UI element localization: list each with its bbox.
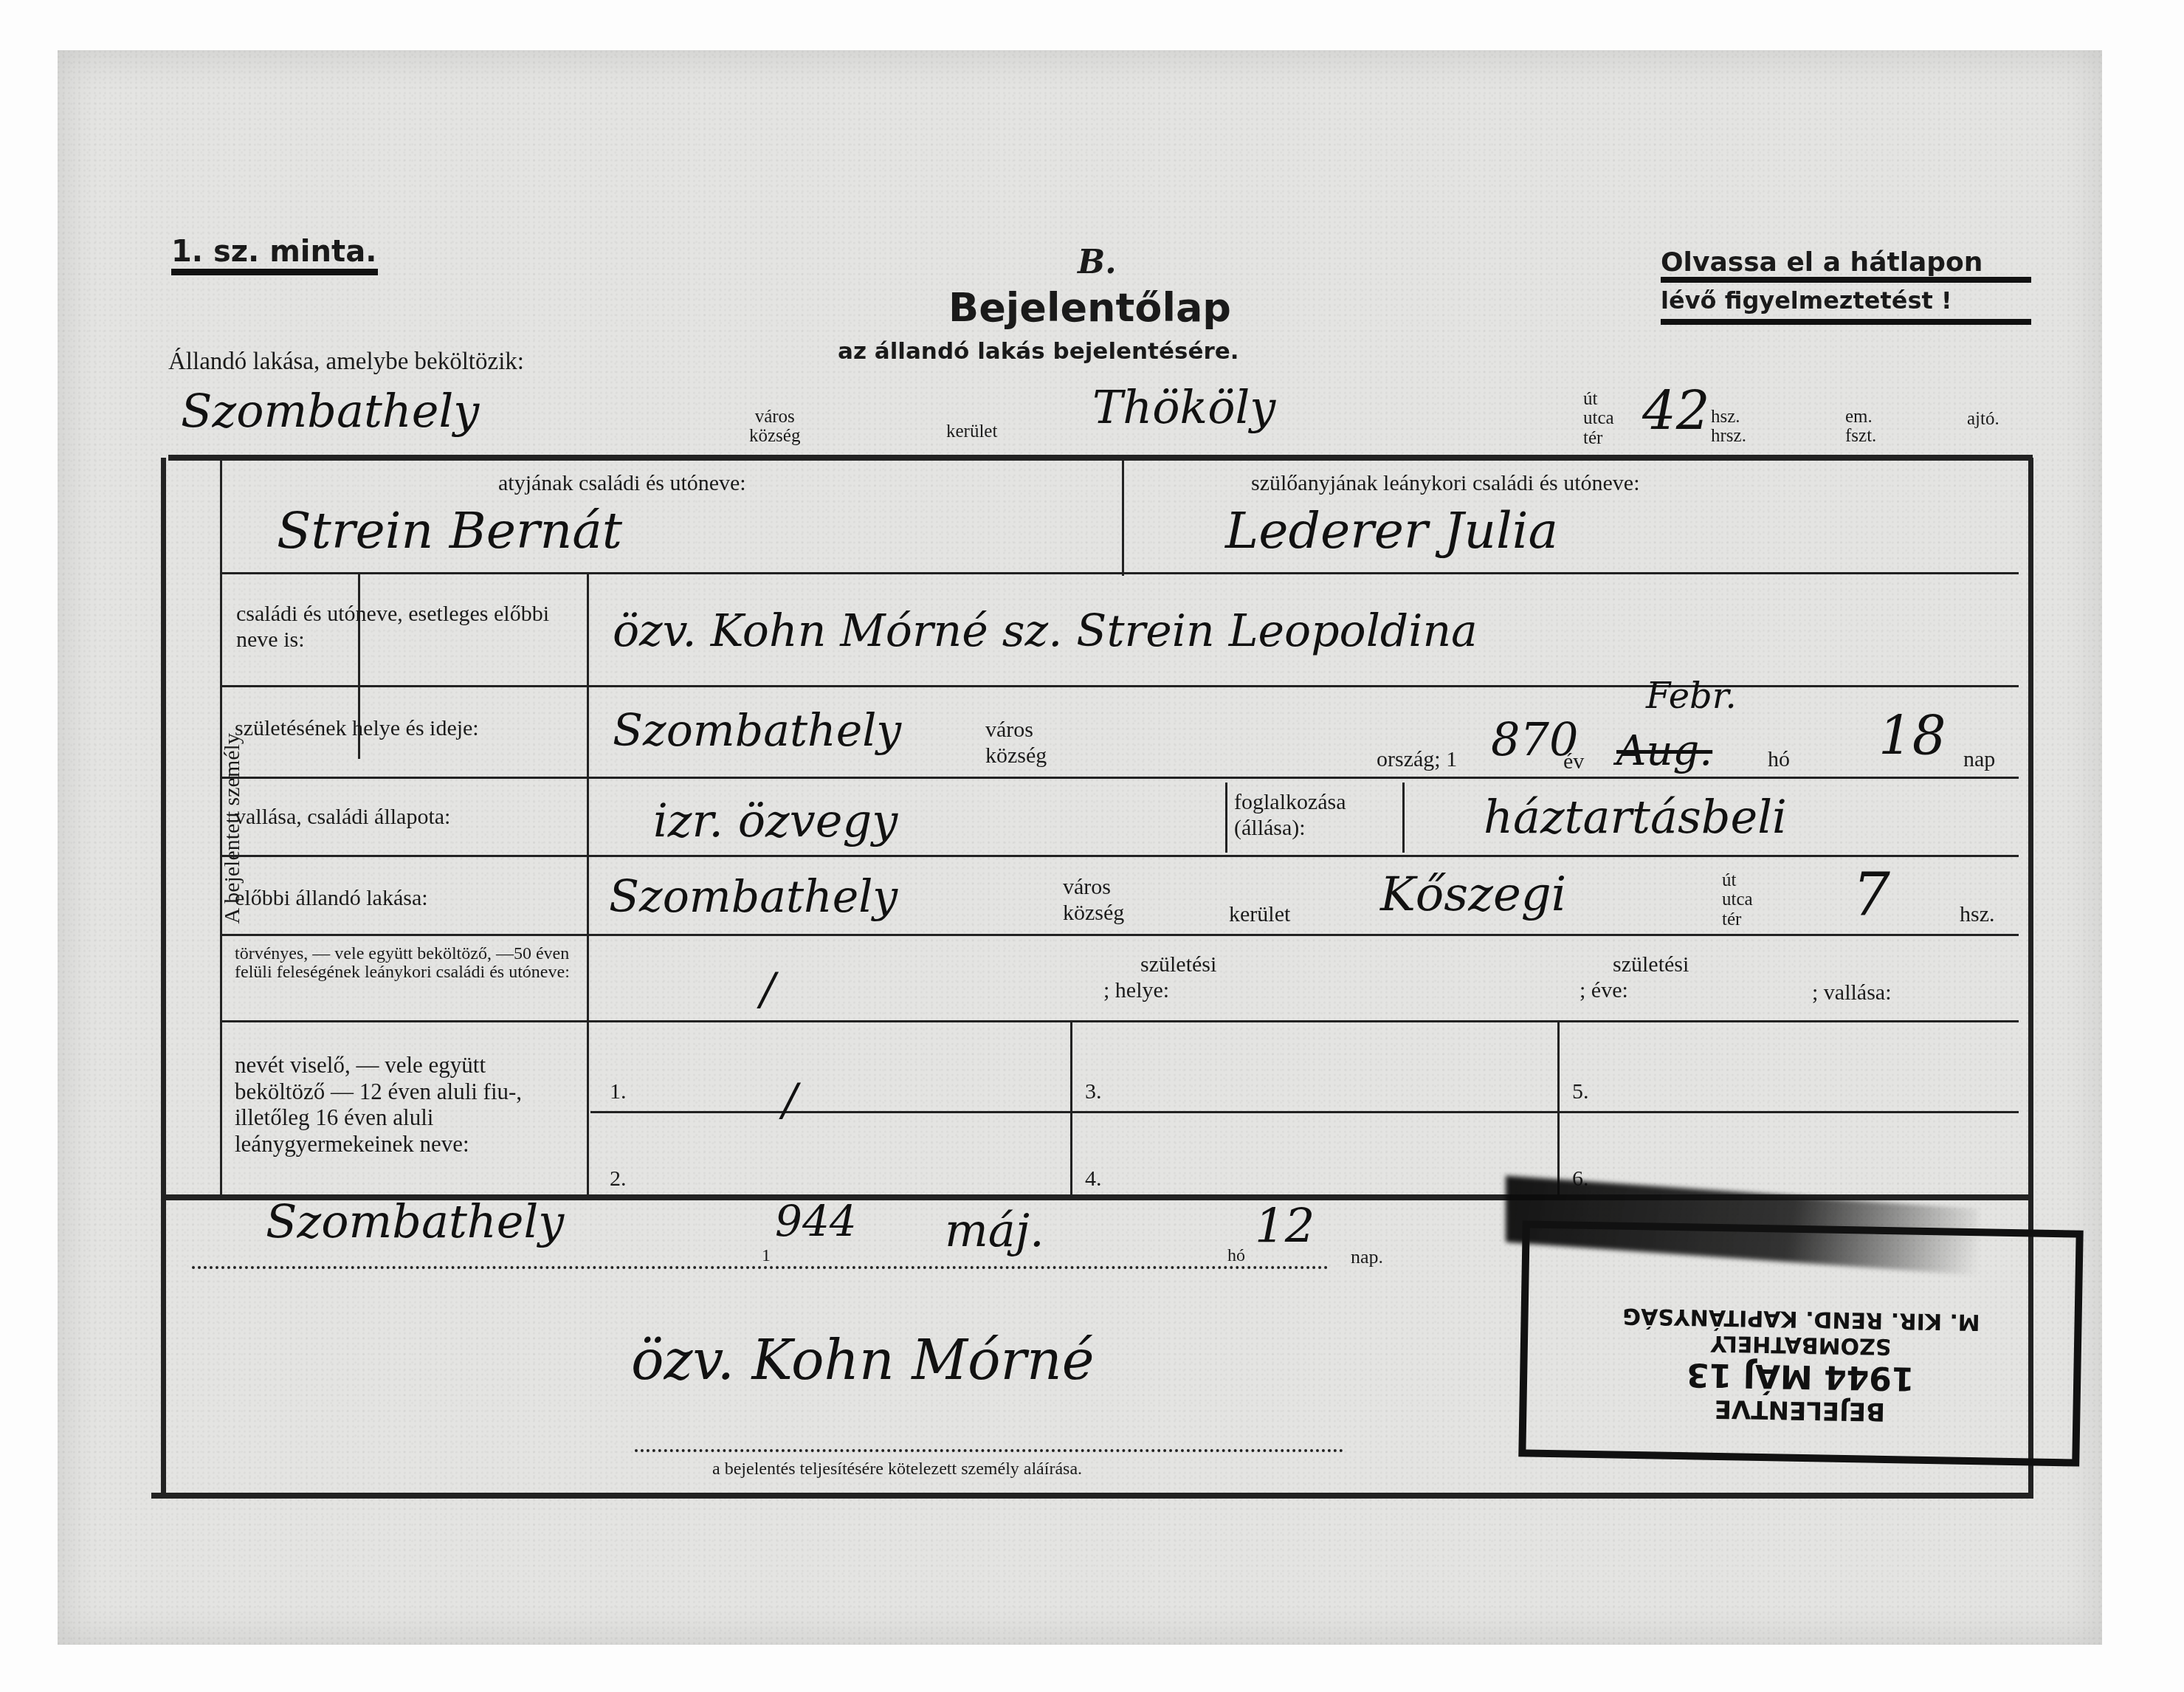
- children-label: nevét viselő, — vele együtt beköltöző — …: [235, 1052, 582, 1158]
- label-kozseg: község: [1063, 901, 1124, 926]
- row-rule-1: [221, 572, 2019, 574]
- address-street-value: Thököly: [1092, 380, 1275, 434]
- police-stamp: BEJELENTVE 1944 MÁJ 13 SZOMBATHELY M. KI…: [1518, 1220, 2083, 1466]
- label-utca: utca: [1583, 409, 1614, 428]
- row-rule-4: [221, 855, 2019, 857]
- previous-address-street-label: út utca tér: [1722, 871, 1753, 929]
- mother-label: szülőanyjának leánykori családi és utóne…: [1251, 471, 1639, 497]
- birth-month-struck: Aug.: [1616, 727, 1712, 775]
- footer-place-value: Szombathely: [266, 1194, 564, 1248]
- address-city-label: város község: [749, 407, 800, 447]
- notice-rule-2: [1661, 319, 2031, 325]
- spouse-birthyear-label: születési ; éve:: [1580, 952, 1689, 1003]
- child-slot-4: 4.: [1085, 1166, 1102, 1192]
- occupation-value: háztartásbeli: [1484, 790, 1787, 844]
- spouse-value: /: [760, 963, 775, 1015]
- previous-address-label: előbbi állandó lakása:: [235, 886, 428, 912]
- label-helye: ; helye:: [1103, 978, 1216, 1004]
- address-door-label: ajtó.: [1967, 410, 1999, 429]
- occupation-rule-right: [1402, 783, 1405, 853]
- label-szuletesi: születési: [1103, 952, 1216, 978]
- page-title: Bejelentőlap: [948, 284, 1231, 331]
- row-rule-3: [221, 777, 2019, 779]
- label-kozseg: község: [749, 427, 800, 446]
- label-fszt: fszt.: [1845, 427, 1876, 446]
- children-col-rule-1: [1070, 1022, 1072, 1196]
- signature-dotted-line: [635, 1449, 1343, 1452]
- label-vallasa: vallása:: [1824, 980, 1892, 1005]
- child-slot-2: 2.: [610, 1166, 627, 1192]
- label-ut: út: [1583, 390, 1614, 409]
- frame-left-rule: [161, 458, 166, 1499]
- religion-label: vallása, családi állapota:: [235, 805, 450, 830]
- row-rule-2: [221, 685, 2019, 687]
- footer-date-dotted-line: [192, 1266, 1329, 1269]
- label-kozseg: község: [985, 743, 1047, 769]
- name-value: özv. Kohn Mórné sz. Strein Leopoldina: [613, 605, 1478, 657]
- label-eve: ; éve:: [1580, 978, 1689, 1004]
- label-hrsz: hrsz.: [1711, 427, 1746, 446]
- previous-address-house-label: hsz.: [1960, 902, 1995, 928]
- notice-rule-1: [1661, 277, 2031, 283]
- birth-month-value: Febr.: [1646, 675, 1737, 717]
- label-helye-text: helye:: [1115, 978, 1169, 1003]
- birth-country-label: ország; 1: [1377, 747, 1457, 773]
- children-value: /: [782, 1074, 797, 1126]
- occupation-rule-left: [1225, 783, 1227, 853]
- label-hsz: hsz.: [1711, 407, 1746, 427]
- birth-month-label: hó: [1768, 747, 1790, 773]
- birth-place-value: Szombathely: [613, 705, 901, 757]
- religion-value: izr. özvegy: [653, 794, 898, 847]
- form-number-underline: [171, 269, 378, 275]
- name-label: családi és utóneve, esetleges előbbi nev…: [236, 602, 554, 653]
- father-value: Strein Bernát: [277, 502, 622, 560]
- birth-place-label: város község: [985, 718, 1047, 768]
- child-slot-1: 1.: [610, 1079, 627, 1105]
- label-ter: tér: [1583, 429, 1614, 448]
- footer-month-value: máj.: [945, 1203, 1044, 1257]
- previous-address-house-number: 7: [1853, 860, 1890, 929]
- page-subtitle: az állandó lakás bejelentésére.: [838, 338, 1239, 365]
- signature-label: a bejelentés teljesítésére kötelezett sz…: [712, 1460, 1082, 1479]
- spouse-birthplace-label: születési ; helye:: [1103, 952, 1216, 1003]
- frame-top-rule: [168, 455, 2033, 461]
- address-label: Állandó lakása, amelybe beköltözik:: [168, 348, 524, 376]
- label-em: em.: [1845, 407, 1876, 427]
- row-rule-6: [221, 1020, 2019, 1022]
- occupation-label: foglalkozása (állása):: [1234, 790, 1396, 841]
- label-utca: utca: [1722, 890, 1753, 909]
- label-ter: tér: [1722, 910, 1753, 929]
- footer-month-label: hó: [1227, 1246, 1245, 1267]
- birth-day-value: 18: [1878, 705, 1946, 767]
- signature-value: özv. Kohn Mórné: [631, 1329, 1094, 1392]
- previous-address-district-label: kerület: [1229, 902, 1290, 928]
- row-rule-5: [221, 934, 2019, 936]
- address-district-label: kerület: [946, 422, 997, 441]
- address-city-value: Szombathely: [181, 384, 479, 438]
- label-varos: város: [1063, 875, 1124, 901]
- address-street-label: út utca tér: [1583, 390, 1614, 448]
- notice-line-1: Olvassa el a hátlapon: [1661, 247, 1983, 278]
- children-col-rule-2: [1557, 1022, 1560, 1196]
- spouse-label: törvényes, — vele együtt beköltöző, —50 …: [235, 945, 589, 982]
- notice-line-2: lévő figyelmeztetést !: [1661, 286, 1952, 314]
- mother-value: Lederer Julia: [1225, 502, 1558, 560]
- previous-address-city: Szombathely: [609, 871, 898, 923]
- birth-year-label: év: [1563, 749, 1584, 775]
- children-mid-rule: [590, 1111, 2019, 1113]
- parents-divider: [1122, 458, 1124, 576]
- footer-year-prefix: 1: [762, 1246, 771, 1267]
- label-varos: város: [985, 718, 1047, 743]
- frame-bottom-rule: [151, 1493, 2033, 1499]
- birth-label: születésének helye és ideje:: [235, 716, 479, 742]
- label-szuletesi: születési: [1580, 952, 1689, 978]
- child-slot-5: 5.: [1572, 1079, 1589, 1105]
- address-floor-label: em. fszt.: [1845, 407, 1876, 447]
- label-varos: város: [749, 407, 800, 427]
- form-letter: B.: [1078, 244, 1117, 281]
- form-number: 1. sz. minta.: [171, 235, 376, 269]
- stamp-text-block: BEJELENTVE 1944 MÁJ 13 SZOMBATHELY M. KI…: [1556, 1258, 2046, 1428]
- label-col-rule: [587, 574, 589, 1194]
- father-label: atyjának családi és utóneve:: [498, 471, 746, 497]
- label-ut: út: [1722, 871, 1753, 890]
- footer-day-label: nap.: [1351, 1246, 1383, 1268]
- address-house-number: 42: [1642, 380, 1710, 442]
- footer-year-value: 944: [775, 1196, 857, 1246]
- footer-day-value: 12: [1255, 1200, 1315, 1254]
- previous-address-street: Kőszegi: [1380, 867, 1566, 922]
- birth-day-label: nap: [1963, 747, 1995, 773]
- label-eve-text: éve:: [1591, 978, 1628, 1003]
- child-slot-3: 3.: [1085, 1079, 1102, 1105]
- spouse-religion-label: ; vallása:: [1812, 980, 1891, 1006]
- previous-address-city-label: város község: [1063, 875, 1124, 926]
- address-house-label: hsz. hrsz.: [1711, 407, 1746, 447]
